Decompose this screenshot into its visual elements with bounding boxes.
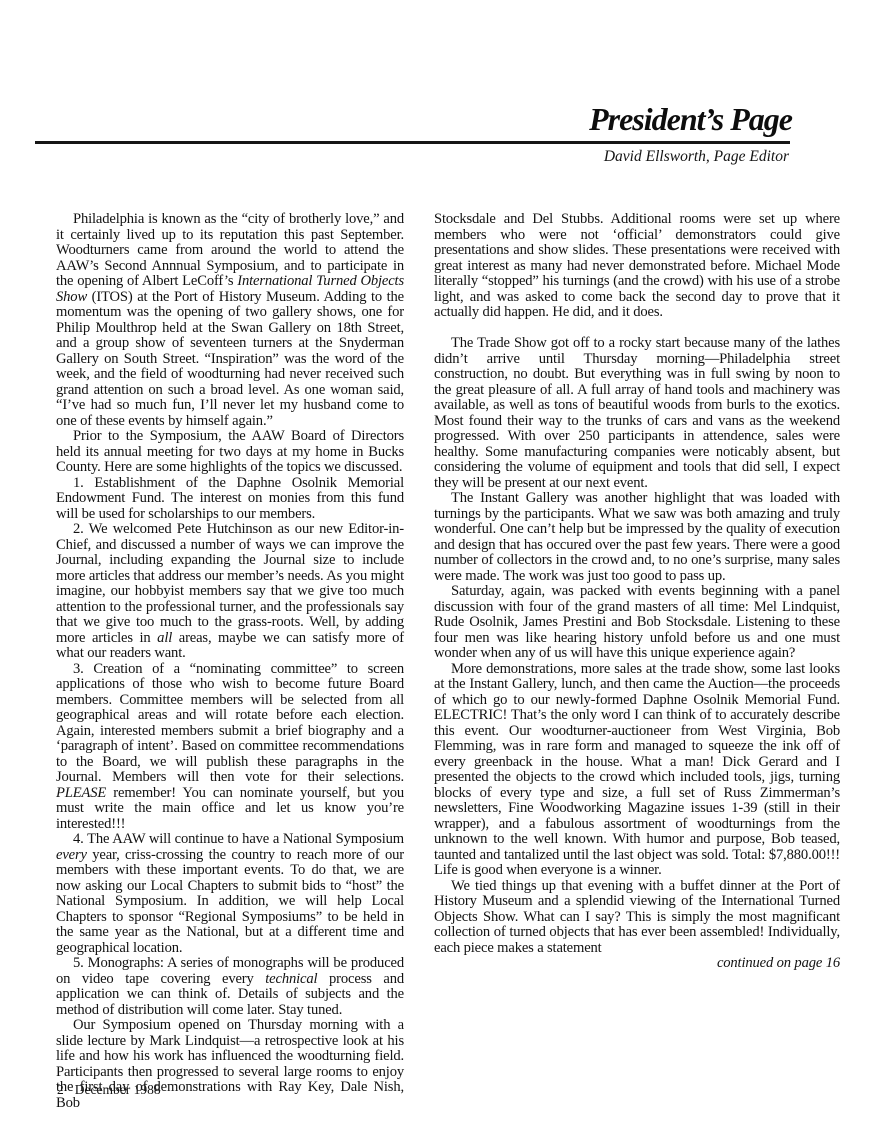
column-left: Philadelphia is known as the “city of br… [56, 212, 404, 1111]
paragraph: 2. We welcomed Pete Hutchinson as our ne… [56, 522, 404, 662]
continuation-note: continued on page 16 [434, 956, 840, 972]
header-rule [35, 141, 790, 144]
issue-date: December 1988 [75, 1082, 161, 1097]
paragraph: More demonstrations, more sales at the t… [434, 662, 840, 879]
paragraph: Prior to the Symposium, the AAW Board of… [56, 429, 404, 476]
page-number: 2 [57, 1082, 64, 1097]
column-right: Stocksdale and Del Stubbs. Additional ro… [434, 212, 840, 1111]
paragraph: 1. Establishment of the Daphne Osolnik M… [56, 476, 404, 523]
page-title: President’s Page [589, 101, 792, 138]
paragraph: We tied things up that evening with a bu… [434, 879, 840, 957]
article-body: Philadelphia is known as the “city of br… [56, 212, 840, 1111]
paragraph: 3. Creation of a “nominating committee” … [56, 662, 404, 833]
paragraph: The Instant Gallery was another highligh… [434, 491, 840, 584]
paragraph: 4. The AAW will continue to have a Natio… [56, 832, 404, 956]
paragraph: 5. Monographs: A series of monographs wi… [56, 956, 404, 1018]
paragraph: Stocksdale and Del Stubbs. Additional ro… [434, 212, 840, 321]
paragraph: Philadelphia is known as the “city of br… [56, 212, 404, 429]
footer: 2December 1988 [57, 1082, 161, 1098]
byline: David Ellsworth, Page Editor [604, 148, 789, 166]
paragraph: The Trade Show got off to a rocky start … [434, 336, 840, 491]
newsletter-page: President’s Page David Ellsworth, Page E… [0, 0, 876, 1133]
paragraph: Saturday, again, was packed with events … [434, 584, 840, 662]
